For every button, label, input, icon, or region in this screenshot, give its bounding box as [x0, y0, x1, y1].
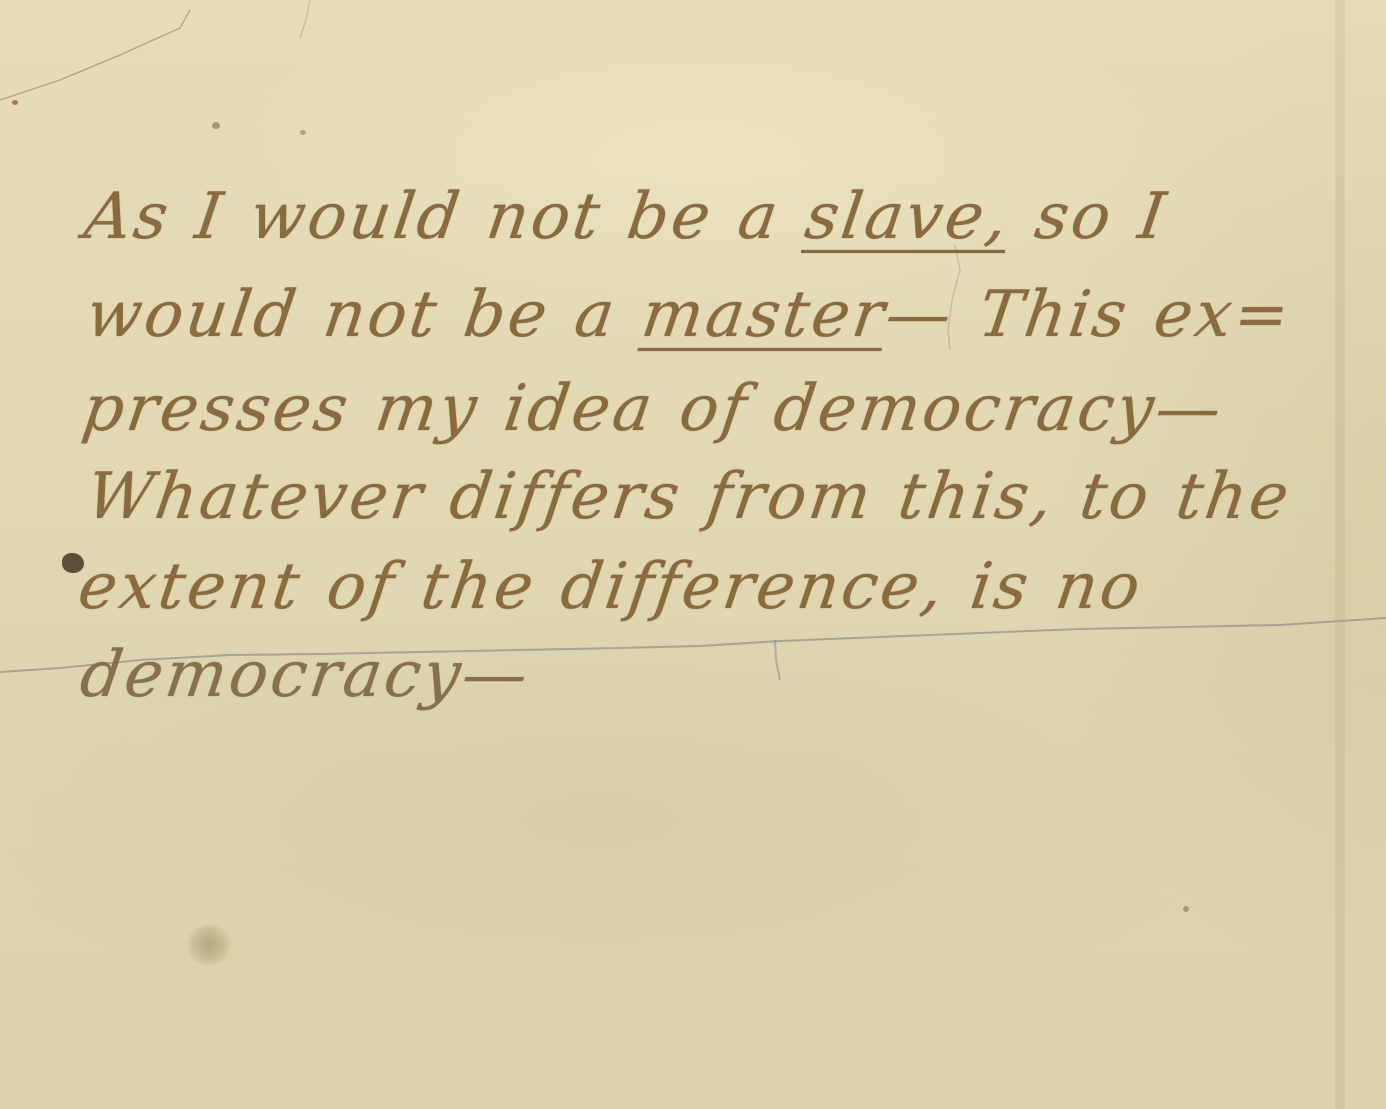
word: extent — [74, 550, 307, 624]
manuscript-line: AsIwouldnotbeaslave,soI — [80, 180, 1199, 254]
word: my — [371, 372, 484, 446]
word: would — [82, 278, 303, 352]
word: would — [245, 180, 466, 254]
manuscript-line: wouldnotbeamaster—Thisex= — [82, 278, 1323, 352]
paper-stain — [185, 925, 233, 965]
word: this, — [894, 460, 1060, 534]
underlined-word-slave: slave, — [801, 180, 1015, 254]
word: be — [623, 180, 718, 254]
word: idea — [500, 372, 660, 446]
manuscript-line: democracy— — [76, 638, 561, 712]
paper-spot — [212, 122, 220, 129]
word: presses — [78, 372, 355, 446]
word: to — [1076, 460, 1157, 534]
word: This — [974, 278, 1134, 352]
word: so — [1031, 180, 1119, 254]
word: differs — [445, 460, 687, 534]
word: democracy— — [769, 372, 1228, 446]
word: I — [1134, 180, 1173, 254]
word: the — [417, 550, 541, 624]
word: of — [675, 372, 754, 446]
word: Whatever — [82, 460, 430, 534]
word: is — [966, 550, 1036, 624]
manuscript-line: pressesmyideaofdemocracy— — [78, 372, 1254, 446]
word: the — [1172, 460, 1296, 534]
manuscript-line: Whateverdiffersfromthis,tothe — [82, 460, 1322, 534]
word: I — [191, 180, 230, 254]
word: not — [319, 278, 444, 352]
word: be — [459, 278, 554, 352]
word: not — [482, 180, 607, 254]
word: from — [703, 460, 879, 534]
paper-spot — [1183, 906, 1189, 912]
word: democracy— — [76, 638, 535, 712]
word: a — [734, 180, 786, 254]
word: difference, — [557, 550, 951, 624]
word: no — [1051, 550, 1147, 624]
underlined-word-master: master — [637, 278, 891, 352]
paper-spot — [300, 130, 306, 135]
paper-spot — [12, 100, 18, 105]
word: ex= — [1150, 278, 1297, 352]
manuscript-paper: AsIwouldnotbeaslave,soI wouldnotbeamaste… — [0, 0, 1386, 1109]
word: As — [80, 180, 175, 254]
word: of — [323, 550, 402, 624]
dash: — — [881, 278, 958, 352]
word: a — [570, 278, 622, 352]
manuscript-line: extentofthedifference,isno — [74, 550, 1173, 624]
